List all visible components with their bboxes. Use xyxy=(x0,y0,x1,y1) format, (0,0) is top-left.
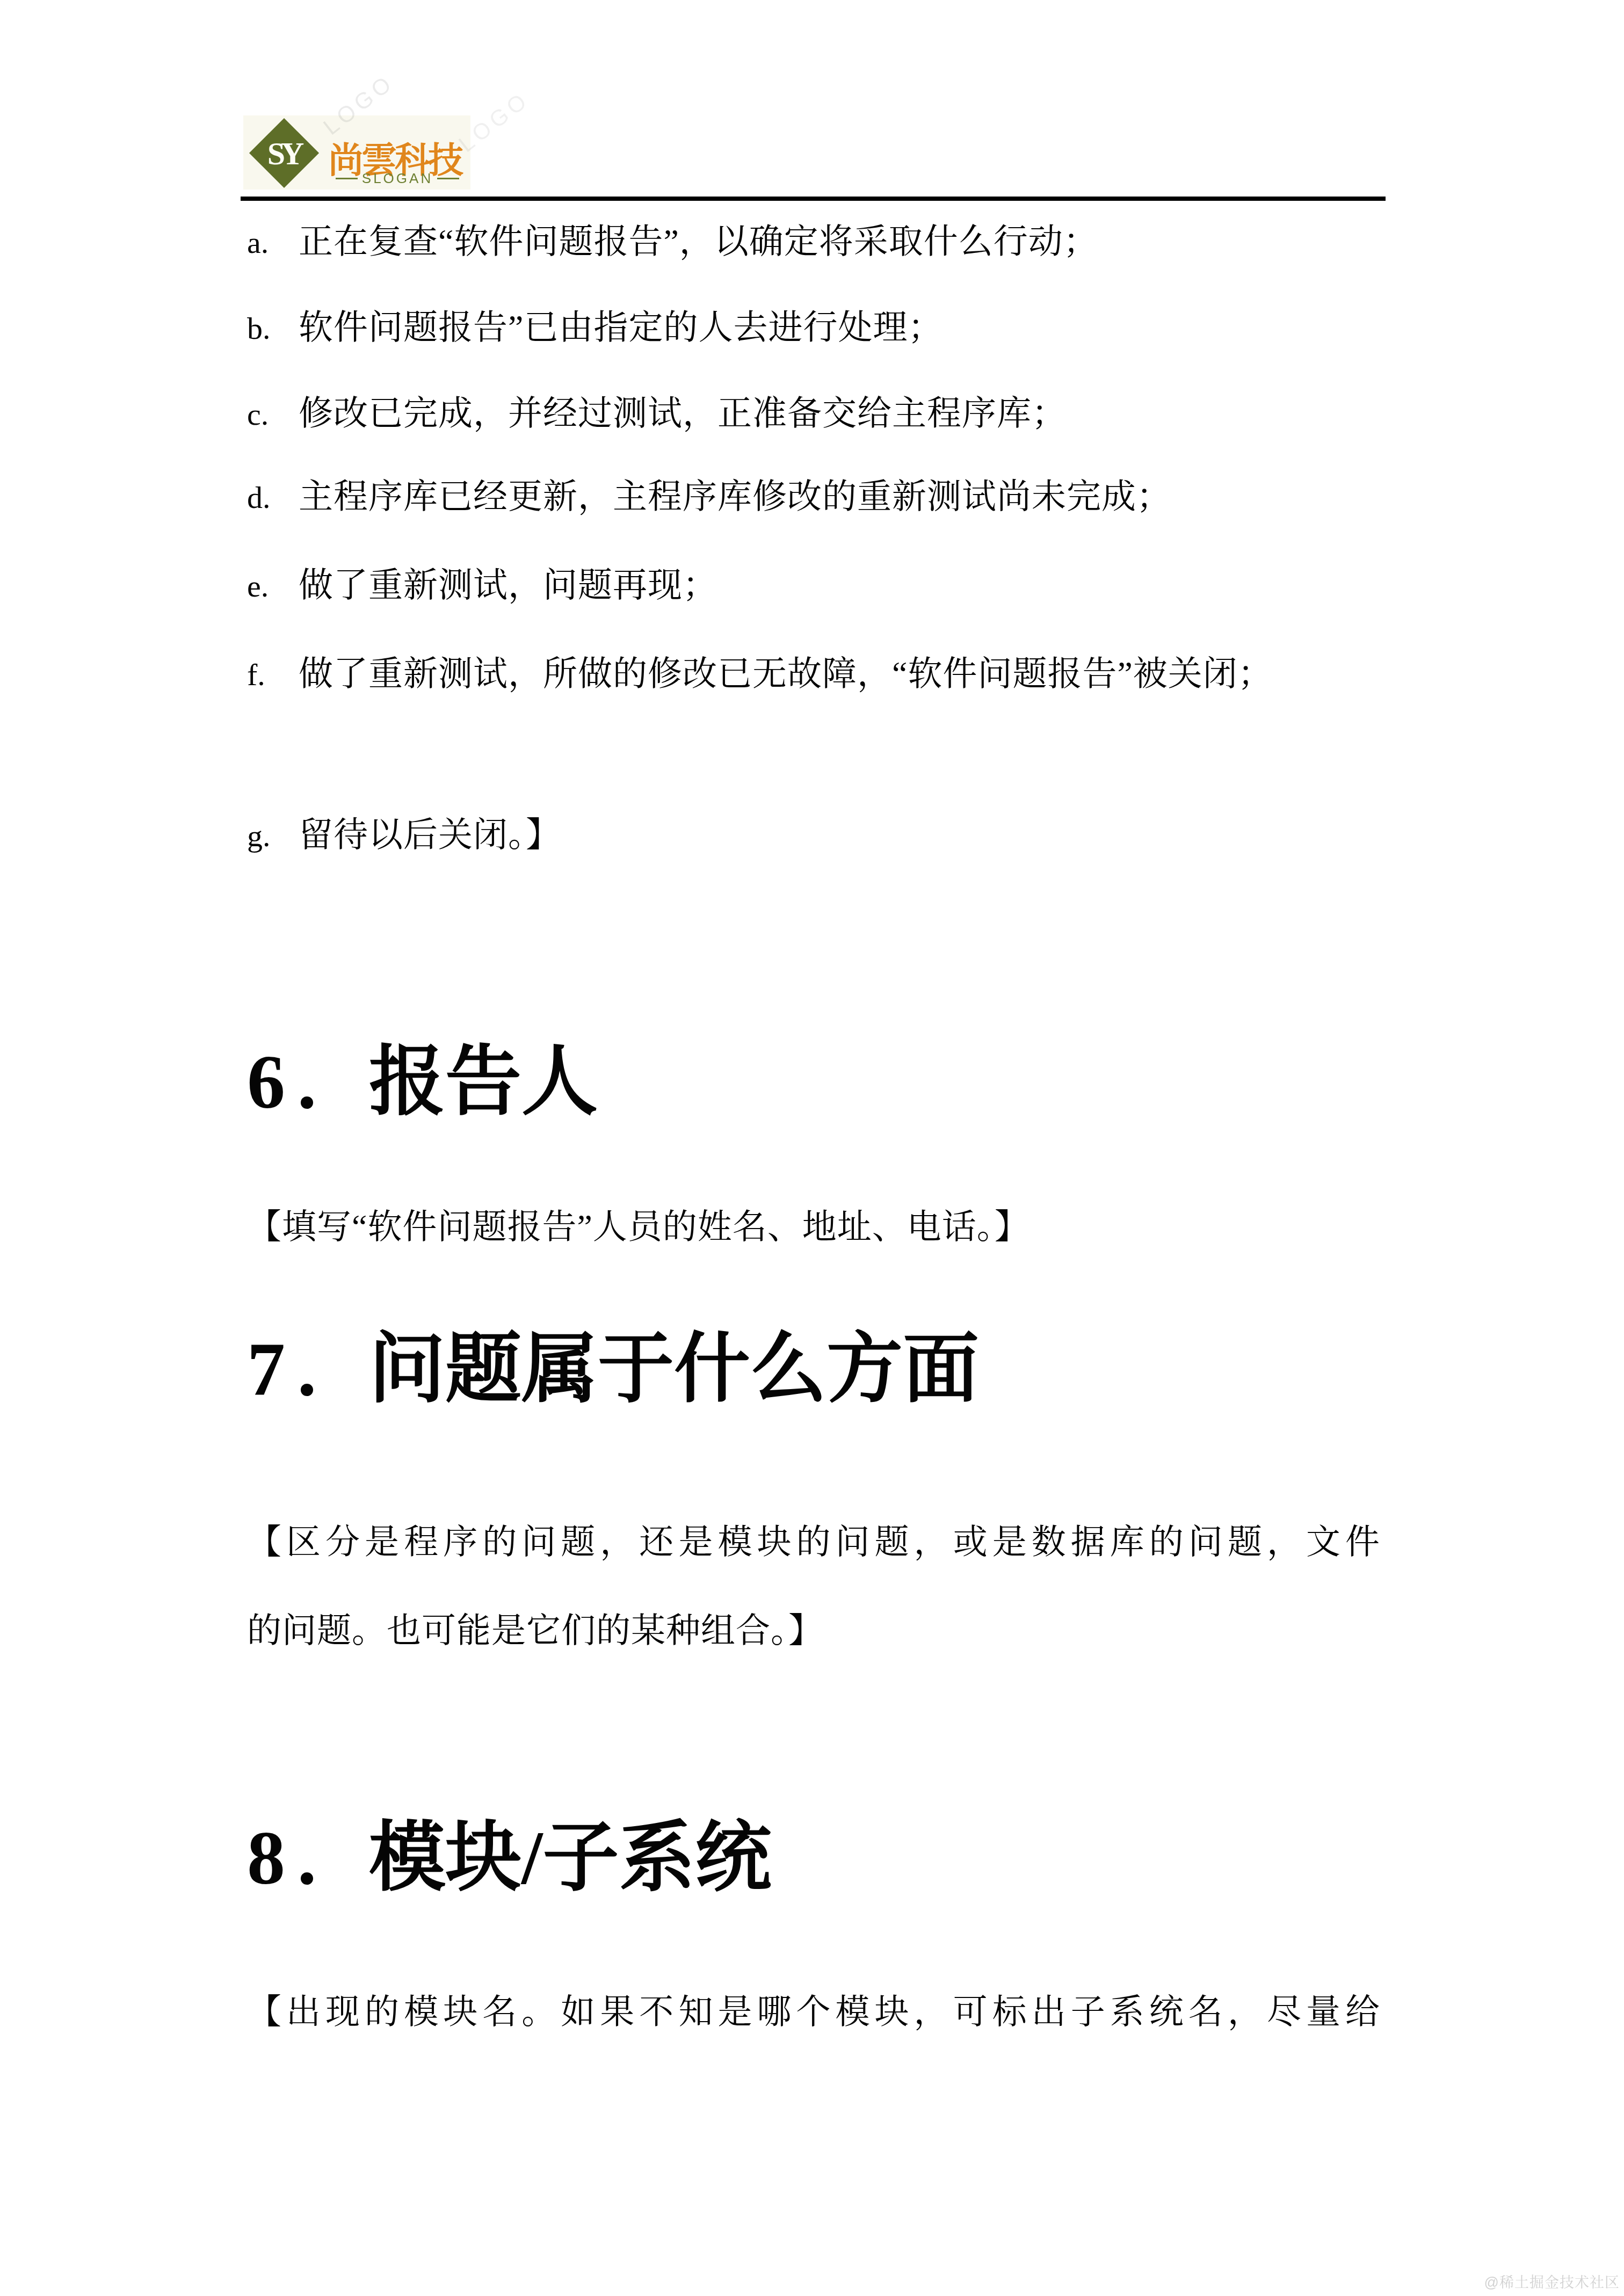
section-7-paragraph-line-2: 的问题。也可能是它们的某种组合。】 xyxy=(247,1609,1380,1652)
heading-title: 问题属于什么方面 xyxy=(369,1326,979,1412)
document-page: LOGO LOGO SY 尚雲科技 SLOGAN a. 正在复查“软件问题报告”… xyxy=(0,0,1624,2296)
heading-number: 8. xyxy=(247,1815,329,1901)
list-text: 正在复查“软件问题报告”，以确定将采取什么行动； xyxy=(299,221,1098,262)
list-text: 留待以后关闭。】 xyxy=(299,815,561,855)
list-text: 主程序库已经更新，主程序库修改的重新测试尚未完成； xyxy=(299,476,1171,517)
list-letter: e. xyxy=(247,566,299,607)
list-item-a: a. 正在复查“软件问题报告”，以确定将采取什么行动； xyxy=(247,221,1455,263)
section-heading-8: 8. 模块/子系统 xyxy=(247,1815,1536,1901)
list-letter: d. xyxy=(247,477,299,518)
slogan-text: SLOGAN xyxy=(362,170,433,187)
logo-background-watermark-2: LOGO xyxy=(454,86,534,157)
company-logo: LOGO LOGO SY 尚雲科技 SLOGAN xyxy=(243,115,470,190)
section-7-paragraph-line-1: 【区分是程序的问题，还是模块的问题，或是数据库的问题，文件 xyxy=(247,1521,1380,1564)
logo-diamond: SY xyxy=(249,119,318,188)
list-text: 做了重新测试，问题再现； xyxy=(299,565,717,606)
list-text: 做了重新测试，所做的修改已无故障，“软件问题报告”被关闭； xyxy=(299,653,1273,694)
list-item-e: e. 做了重新测试，问题再现； xyxy=(247,565,1455,607)
logo-monogram: SY xyxy=(249,119,318,188)
list-item-c: c. 修改已完成，并经过测试，正准备交给主程序库； xyxy=(247,393,1455,435)
list-item-d: d. 主程序库已经更新，主程序库修改的重新测试尚未完成； xyxy=(247,476,1455,518)
community-watermark: @稀土掘金技术社区 xyxy=(1484,2271,1620,2292)
logo-slogan: SLOGAN xyxy=(336,170,459,187)
heading-number: 6. xyxy=(247,1039,329,1125)
heading-title: 报告人 xyxy=(369,1039,598,1125)
header-divider-line xyxy=(241,197,1386,201)
section-8-paragraph: 【出现的模块名。如果不知是哪个模块，可标出子系统名，尽量给 xyxy=(247,1990,1380,2033)
list-item-g: g. 留待以后关闭。】 xyxy=(247,815,1455,856)
slogan-dash-left-icon xyxy=(336,178,358,179)
list-item-b: b. 软件问题报告”已由指定的人去进行处理； xyxy=(247,307,1455,349)
section-6-paragraph: 【填写“软件问题报告”人员的姓名、地址、电话。】 xyxy=(247,1205,1380,1248)
heading-number: 7. xyxy=(247,1326,329,1412)
logo-background-watermark: LOGO xyxy=(318,69,399,140)
list-letter: f. xyxy=(247,655,299,695)
list-text: 修改已完成，并经过测试，正准备交给主程序库； xyxy=(299,393,1067,434)
list-letter: a. xyxy=(247,222,299,263)
list-item-f: f. 做了重新测试，所做的修改已无故障，“软件问题报告”被关闭； xyxy=(247,653,1455,695)
heading-title: 模块/子系统 xyxy=(369,1815,771,1901)
section-heading-7: 7. 问题属于什么方面 xyxy=(247,1326,1536,1412)
list-letter: b. xyxy=(247,308,299,349)
slogan-dash-right-icon xyxy=(437,178,459,179)
section-heading-6: 6. 报告人 xyxy=(247,1039,1536,1125)
list-text: 软件问题报告”已由指定的人去进行处理； xyxy=(299,307,943,348)
list-letter: c. xyxy=(247,394,299,435)
list-letter: g. xyxy=(247,816,299,856)
